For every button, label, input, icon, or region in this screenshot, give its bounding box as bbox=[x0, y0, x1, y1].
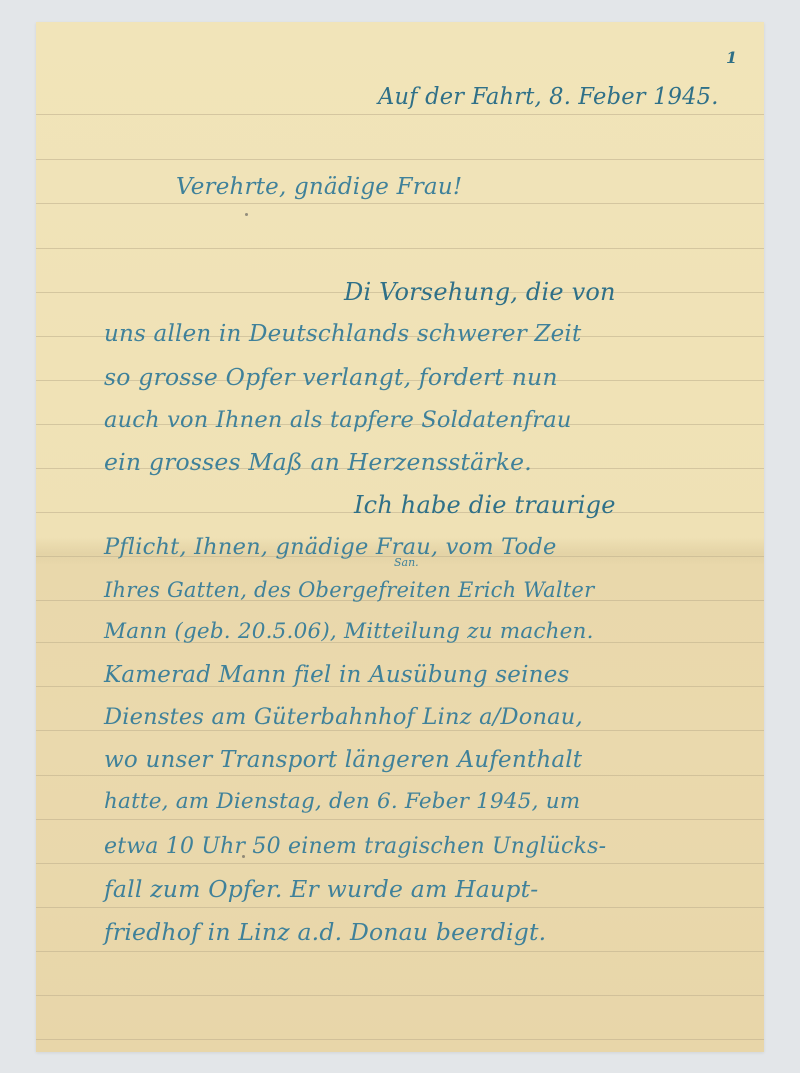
body-line: Ihres Gatten, des Obergefreiten Erich Wa… bbox=[104, 575, 594, 605]
ruled-line bbox=[36, 995, 764, 996]
body-line: so grosse Opfer verlangt, fordert nun bbox=[104, 362, 558, 392]
letter-paper: 1 Auf der Fahrt, 8. Feber 1945. Verehrte… bbox=[36, 22, 764, 1052]
ink-speck bbox=[242, 855, 245, 858]
ruled-line bbox=[36, 203, 764, 204]
ruled-line bbox=[36, 1039, 764, 1040]
body-line: wo unser Transport längeren Aufenthalt bbox=[104, 745, 582, 775]
body-line: friedhof in Linz a.d. Donau beerdigt. bbox=[104, 917, 546, 947]
ruled-line bbox=[36, 775, 764, 776]
ruled-line bbox=[36, 114, 764, 115]
ruled-line bbox=[36, 863, 764, 864]
ruled-line bbox=[36, 951, 764, 952]
ruled-line bbox=[36, 907, 764, 908]
body-line: auch von Ihnen als tapfere Soldatenfrau bbox=[104, 405, 572, 435]
body-line: Ich habe die traurige bbox=[354, 490, 616, 520]
body-line: hatte, am Dienstag, den 6. Feber 1945, u… bbox=[104, 787, 580, 817]
body-line: fall zum Opfer. Er wurde am Haupt- bbox=[104, 874, 538, 904]
body-line: uns allen in Deutschlands schwerer Zeit bbox=[104, 319, 581, 349]
body-line: Pflicht, Ihnen, gnädige Frau, vom Tode bbox=[104, 532, 557, 562]
ruled-line bbox=[36, 819, 764, 820]
inserted-abbreviation: San. bbox=[394, 556, 419, 569]
body-line: Di Vorsehung, die von bbox=[344, 277, 616, 307]
ruled-line bbox=[36, 248, 764, 249]
salutation: Verehrte, gnädige Frau! bbox=[176, 172, 462, 202]
body-line: ein grosses Maß an Herzensstärke. bbox=[104, 447, 532, 477]
body-line: Mann (geb. 20.5.06), Mitteilung zu mache… bbox=[104, 617, 594, 647]
body-line: etwa 10 Uhr 50 einem tragischen Unglücks… bbox=[104, 832, 606, 862]
body-line: Kamerad Mann fiel in Ausübung seines bbox=[104, 660, 570, 690]
ink-speck bbox=[245, 213, 248, 216]
page-number: 1 bbox=[726, 48, 737, 67]
place-date-line: Auf der Fahrt, 8. Feber 1945. bbox=[378, 82, 719, 112]
ruled-line bbox=[36, 159, 764, 160]
body-line: Dienstes am Güterbahnhof Linz a/Donau, bbox=[104, 702, 583, 732]
